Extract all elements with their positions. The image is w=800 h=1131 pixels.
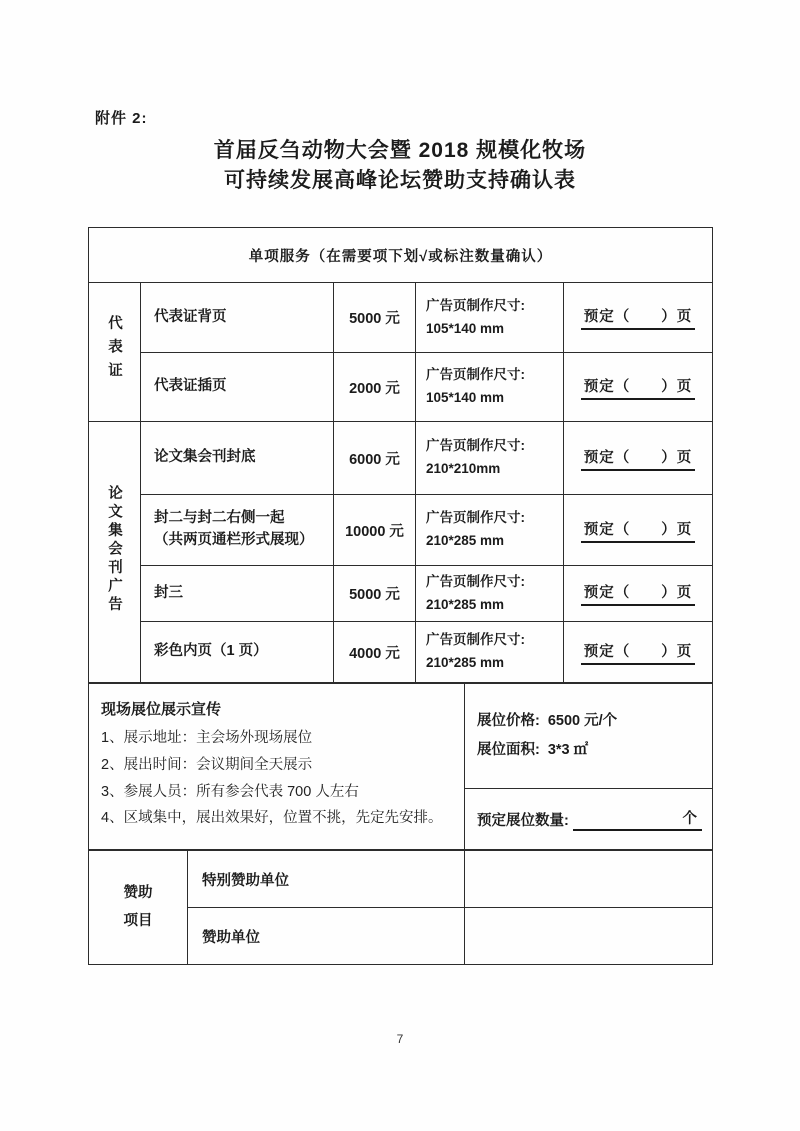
reserve-pages-field: 预定（ ）页 <box>581 518 696 543</box>
item-name-line1: 代表证插页 <box>154 376 333 398</box>
booth-note-4: 4、区域集中，展出效果好，位置不挑，先定先安排。 <box>101 805 458 832</box>
ad-size-value: 210*285 mm <box>426 652 563 675</box>
item-name: 代表证背页 <box>141 283 334 353</box>
reserve-pages-cell: 预定（ ）页 <box>564 283 713 353</box>
booth-area-value: 3*3 ㎡ <box>548 742 588 758</box>
booth-quantity-label: 预定展位数量: <box>477 809 569 831</box>
item-name: 彩色内页（1 页） <box>141 622 334 683</box>
ad-size-label: 广告页制作尺寸: <box>426 364 563 387</box>
booth-section: 现场展位展示宣传 1、展示地址：主会场外现场展位 2、展出时间：会议期间全天展示… <box>88 683 713 850</box>
booth-note-1: 1、展示地址：主会场外现场展位 <box>101 725 458 752</box>
sponsor-section: 赞助 项目 特别赞助单位 赞助单位 <box>88 850 713 965</box>
booth-area-line: 展位面积:3*3 ㎡ <box>477 736 712 765</box>
reserve-pages-field: 预定（ ）页 <box>581 640 696 665</box>
booth-area-label: 展位面积: <box>477 742 540 758</box>
document-page: 附件 2: 首届反刍动物大会暨 2018 规模化牧场 可持续发展高峰论坛赞助支持… <box>0 0 800 1131</box>
booth-note-3: 3、参展人员：所有参会代表 700 人左右 <box>101 779 458 806</box>
ad-size-cell: 广告页制作尺寸: 210*210mm <box>416 422 564 495</box>
item-name-line1: 封二与封二右侧一起 <box>154 508 333 530</box>
item-name-line1: 彩色内页（1 页） <box>154 641 333 663</box>
reserve-pages-cell: 预定（ ）页 <box>564 622 713 683</box>
booth-quantity-unit: 个 <box>681 807 703 831</box>
item-price: 4000 元 <box>334 622 416 683</box>
table-header: 单项服务（在需要项下划√或标注数量确认） <box>89 228 713 283</box>
sponsor-group-label-line1: 赞助 <box>89 880 187 908</box>
ad-size-cell: 广告页制作尺寸: 210*285 mm <box>416 566 564 622</box>
item-name: 封二与封二右侧一起 （共两页通栏形式展现） <box>141 495 334 566</box>
item-price: 5000 元 <box>334 283 416 353</box>
table-row: 封二与封二右侧一起 （共两页通栏形式展现） 10000 元 广告页制作尺寸: 2… <box>89 495 713 566</box>
reserve-pages-field: 预定（ ）页 <box>581 305 696 330</box>
ad-size-value: 105*140 mm <box>426 387 563 410</box>
sponsor-value-cell <box>465 851 713 908</box>
table-row: 封三 5000 元 广告页制作尺寸: 210*285 mm 预定（ ）页 <box>89 566 713 622</box>
ad-size-value: 210*285 mm <box>426 594 563 617</box>
group-cell-badge: 代表证 <box>89 283 141 422</box>
reserve-pages-field: 预定（ ）页 <box>581 446 696 471</box>
item-price: 6000 元 <box>334 422 416 495</box>
reserve-pages-cell: 预定（ ）页 <box>564 353 713 422</box>
reserve-pages-cell: 预定（ ）页 <box>564 566 713 622</box>
item-name: 封三 <box>141 566 334 622</box>
sponsor-group-label-line2: 项目 <box>89 908 187 936</box>
item-name: 论文集会刊封底 <box>141 422 334 495</box>
item-name-line2: （共两页通栏形式展现） <box>154 530 333 552</box>
page-number: 7 <box>0 1032 800 1046</box>
ad-size-cell: 广告页制作尺寸: 105*140 mm <box>416 353 564 422</box>
service-section: 单项服务（在需要项下划√或标注数量确认） 代表证 代表证背页 5000 元 广告… <box>88 227 713 683</box>
title-line-1: 首届反刍动物大会暨 2018 规模化牧场 <box>0 136 800 166</box>
booth-note-2: 2、展出时间：会议期间全天展示 <box>101 752 458 779</box>
booth-price-line: 展位价格:6500 元/个 <box>477 707 712 736</box>
booth-quantity-field: 预定展位数量: 个 <box>465 807 712 831</box>
reserve-pages-cell: 预定（ ）页 <box>564 495 713 566</box>
table-row: 代表证插页 2000 元 广告页制作尺寸: 105*140 mm 预定（ ）页 <box>89 353 713 422</box>
ad-size-value: 210*210mm <box>426 458 563 481</box>
booth-price-value: 6500 元/个 <box>548 713 617 729</box>
title-line-2: 可持续发展高峰论坛赞助支持确认表 <box>0 166 800 196</box>
item-name-line1: 封三 <box>154 583 333 605</box>
sponsor-group-label: 赞助 项目 <box>89 851 188 965</box>
group-label-journal-ads: 论文集会刊广告 <box>104 485 125 615</box>
ad-size-cell: 广告页制作尺寸: 105*140 mm <box>416 283 564 353</box>
reserve-pages-field: 预定（ ）页 <box>581 375 696 400</box>
booth-price-label: 展位价格: <box>477 713 540 729</box>
ad-size-label: 广告页制作尺寸: <box>426 571 563 594</box>
booth-heading: 现场展位展示宣传 <box>101 698 458 719</box>
reserve-pages-field: 预定（ ）页 <box>581 581 696 606</box>
ad-size-label: 广告页制作尺寸: <box>426 507 563 530</box>
item-name-line1: 论文集会刊封底 <box>154 447 333 469</box>
table-row: 论文集会刊广告 论文集会刊封底 6000 元 广告页制作尺寸: 210*210m… <box>89 422 713 495</box>
sponsor-value-cell <box>465 908 713 965</box>
item-price: 10000 元 <box>334 495 416 566</box>
ad-size-label: 广告页制作尺寸: <box>426 435 563 458</box>
table-row: 彩色内页（1 页） 4000 元 广告页制作尺寸: 210*285 mm 预定（… <box>89 622 713 683</box>
ad-size-value: 105*140 mm <box>426 318 563 341</box>
ad-size-label: 广告页制作尺寸: <box>426 629 563 652</box>
attachment-label: 附件 2: <box>95 107 148 128</box>
ad-size-cell: 广告页制作尺寸: 210*285 mm <box>416 622 564 683</box>
booth-quantity-cell: 预定展位数量: 个 <box>465 789 713 850</box>
group-cell-journal: 论文集会刊广告 <box>89 422 141 683</box>
reserve-pages-cell: 预定（ ）页 <box>564 422 713 495</box>
sponsor-item-name: 特别赞助单位 <box>188 851 465 908</box>
blank-underline <box>573 813 681 831</box>
ad-size-cell: 广告页制作尺寸: 210*285 mm <box>416 495 564 566</box>
item-name-line1: 代表证背页 <box>154 307 333 329</box>
booth-description-cell: 现场展位展示宣传 1、展示地址：主会场外现场展位 2、展出时间：会议期间全天展示… <box>89 684 465 850</box>
sponsor-item-name: 赞助单位 <box>188 908 465 965</box>
item-price: 5000 元 <box>334 566 416 622</box>
sponsorship-table: 单项服务（在需要项下划√或标注数量确认） 代表证 代表证背页 5000 元 广告… <box>88 227 712 965</box>
document-title: 首届反刍动物大会暨 2018 规模化牧场 可持续发展高峰论坛赞助支持确认表 <box>0 136 800 196</box>
booth-row-top: 现场展位展示宣传 1、展示地址：主会场外现场展位 2、展出时间：会议期间全天展示… <box>89 684 713 789</box>
item-name: 代表证插页 <box>141 353 334 422</box>
table-row: 代表证 代表证背页 5000 元 广告页制作尺寸: 105*140 mm 预定（… <box>89 283 713 353</box>
table-header-row: 单项服务（在需要项下划√或标注数量确认） <box>89 228 713 283</box>
sponsor-row-special: 赞助 项目 特别赞助单位 <box>89 851 713 908</box>
booth-price-cell: 展位价格:6500 元/个 展位面积:3*3 ㎡ <box>465 684 713 789</box>
group-label-badge: 代表证 <box>104 315 125 386</box>
item-price: 2000 元 <box>334 353 416 422</box>
ad-size-label: 广告页制作尺寸: <box>426 295 563 318</box>
ad-size-value: 210*285 mm <box>426 530 563 553</box>
